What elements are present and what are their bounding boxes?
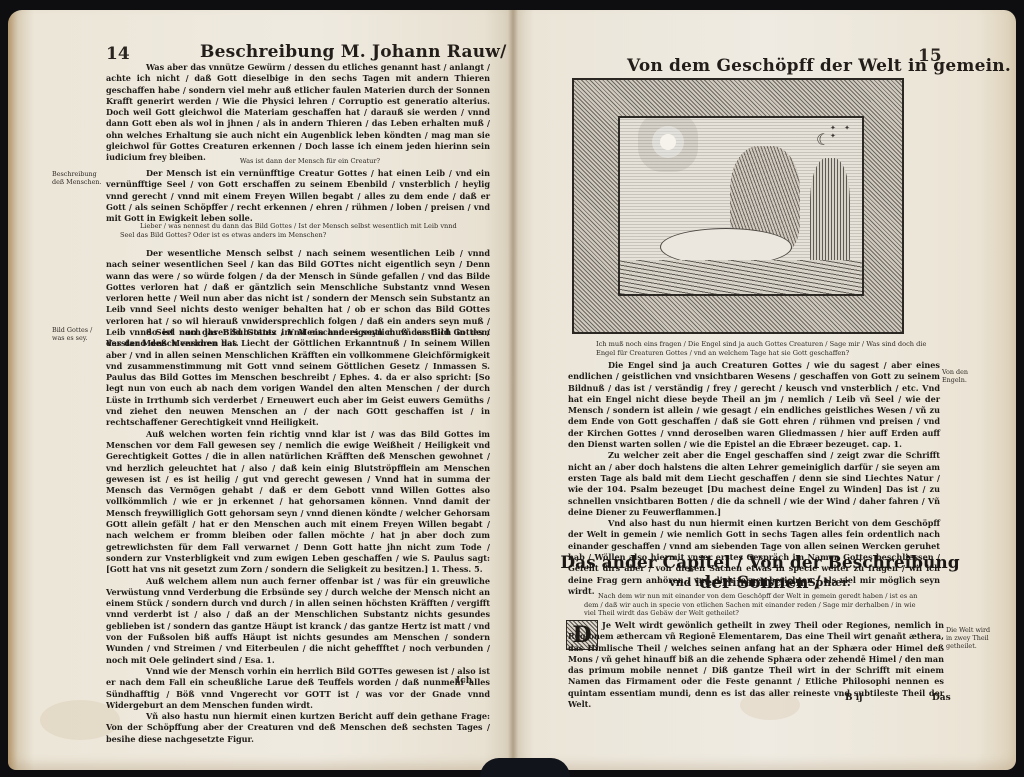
paragraph: Vnnd wie der Mensch vorhin ein herrlich … [106, 666, 490, 711]
book-spine [480, 758, 570, 777]
paragraph: So ist nun das Bild Gottes im Menschen e… [106, 327, 490, 429]
dialogue-question: Ich muß noch eins fragen / Die Engel sin… [596, 340, 936, 357]
tree-figure [810, 158, 850, 268]
creation-of-eve-scene: ☾ ✦ ✦ ✦ [618, 116, 864, 296]
text-block-1: Was aber das vnnütze Gewürm / dessen du … [106, 62, 490, 164]
page-number-left: 14 [106, 44, 130, 64]
paragraph: Auß welchen worten fein richtig vnnd kla… [106, 429, 490, 576]
page-number-right: 15 [918, 46, 942, 66]
ground [620, 260, 862, 294]
margin-note: Beschreibung deß Menschen. [52, 170, 102, 186]
woodcut-illustration: ☾ ✦ ✦ ✦ [572, 78, 904, 334]
chapter-subtitle: vnd irer Himmlischen Sphær. [560, 576, 960, 589]
dialogue-question: Nach dem wir nun mit einander von dem Ge… [584, 592, 924, 618]
paragraph: Je Welt wirdt gewönlich getheilt in zwey… [568, 620, 944, 710]
signature-mark: B ij [845, 693, 862, 703]
running-head-right: Von dem Geschöpff der Welt in gemein. [627, 56, 1011, 76]
paragraph: Zu welcher zeit aber die Engel geschaffe… [568, 450, 940, 518]
catchword: Ich [456, 676, 472, 686]
paragraph: Die Engel sind ja auch Creaturen Gottes … [568, 360, 940, 450]
dialogue-question: Was ist dann der Mensch für ein Creatur? [170, 157, 450, 166]
dialogue-question: Lieber / was nennest du dann das Bild Go… [120, 222, 470, 239]
paragraph: Vñ also hastu nun hiermit einen kurtzen … [106, 711, 490, 745]
stars-icon: ✦ ✦ ✦ [830, 124, 862, 140]
paragraph: Auß welchem allem nun auch ferner offenb… [106, 576, 490, 666]
paragraph: Der Mensch ist ein vernünfftige Creatur … [106, 168, 490, 224]
moon-icon: ☾ [816, 130, 830, 149]
sun-icon [660, 134, 676, 150]
margin-note: Die Welt wird in zwey Theil getheilet. [946, 626, 996, 650]
margin-note: Bild Gottes / was es sey. [52, 326, 102, 342]
book-gutter [508, 10, 518, 770]
text-block-4: So ist nun das Bild Gottes im Menschen e… [106, 327, 490, 745]
paragraph: Was aber das vnnütze Gewürm / dessen du … [106, 62, 490, 164]
catchword: Das [932, 693, 951, 703]
margin-note: Von den Engeln. [942, 368, 992, 384]
text-block-6: Je Welt wirdt gewönlich getheilt in zwey… [568, 620, 944, 710]
text-block-2: Der Mensch ist ein vernünfftige Creatur … [106, 168, 490, 224]
running-head-left: Beschreibung M. Johann Rauw/ [200, 42, 507, 62]
